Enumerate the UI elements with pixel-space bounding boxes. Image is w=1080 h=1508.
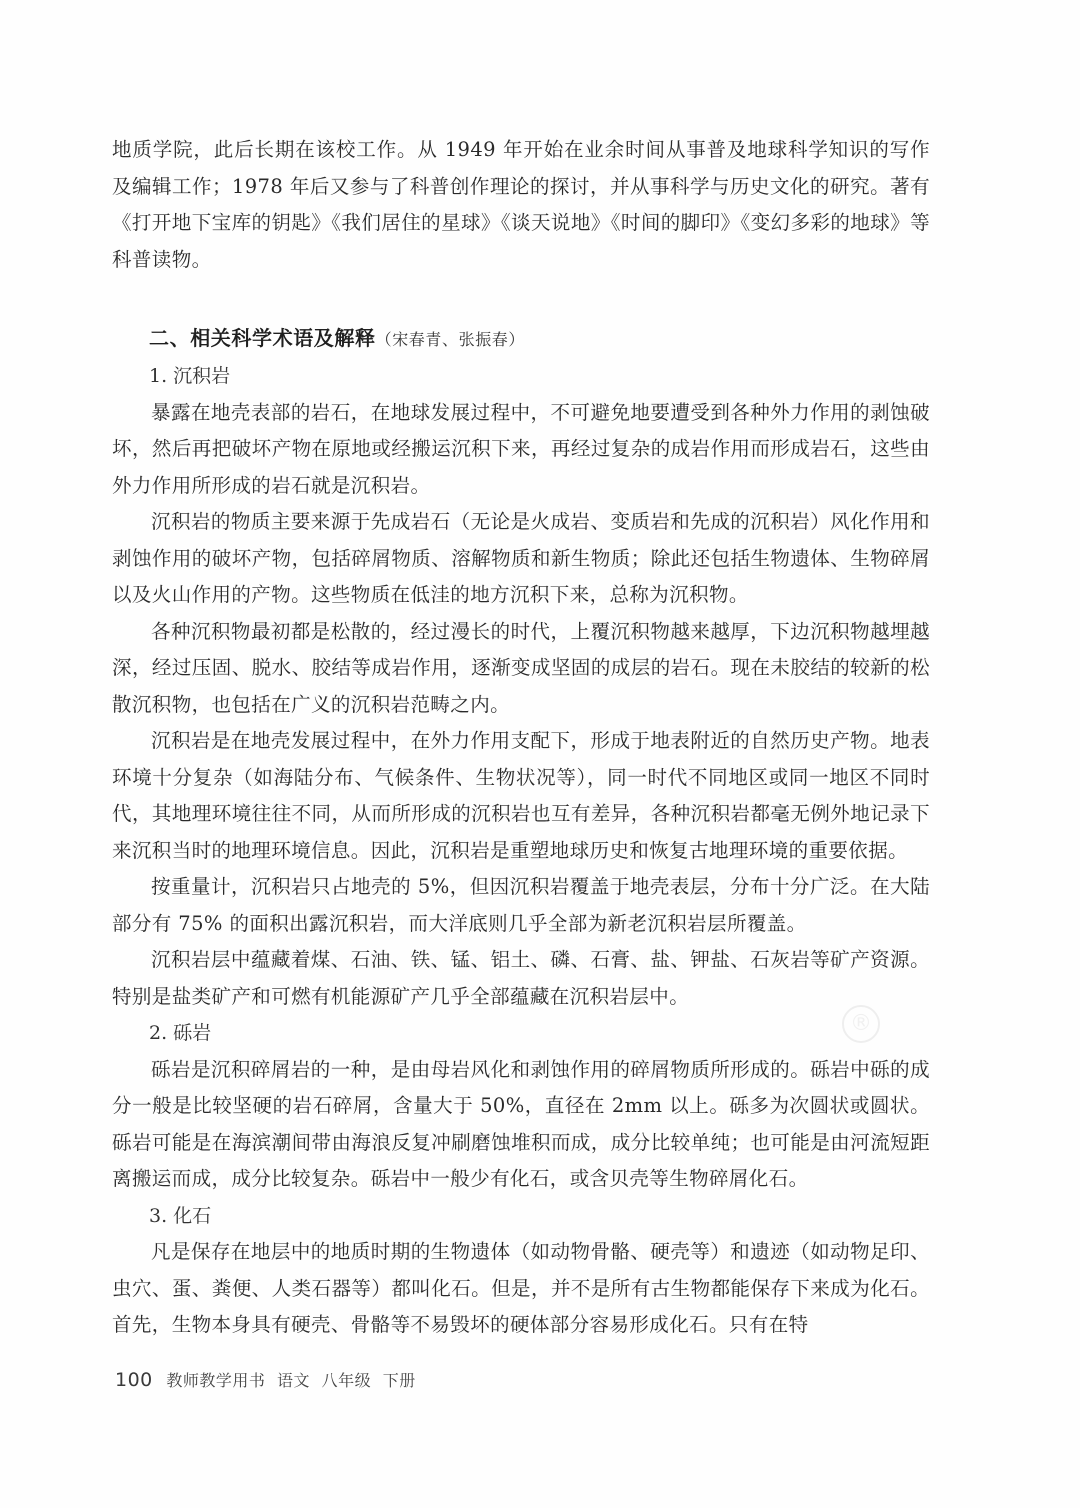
term-heading: 3. 化石: [112, 1198, 930, 1235]
document-page: 地质学院，此后长期在该校工作。从 1949 年开始在业余时间从事普及地球科学知识…: [112, 132, 930, 1344]
paragraph: 按重量计，沉积岩只占地壳的 5%，但因沉积岩覆盖于地壳表层，分布十分广泛。在大陆…: [112, 869, 930, 942]
section-heading: 二、相关科学术语及解释（宋春青、张振春）: [112, 320, 930, 358]
section-title: 二、相关科学术语及解释: [149, 326, 376, 350]
paragraph: 砾岩是沉积碎屑岩的一种，是由母岩风化和剥蚀作用的碎屑物质所形成的。砾岩中砾的成分…: [112, 1052, 930, 1198]
term-heading: 2. 砾岩: [112, 1015, 930, 1052]
book-volume: 下册: [383, 1371, 416, 1390]
book-subject: 语文: [277, 1371, 310, 1390]
term-sedimentary-rock: 1. 沉积岩 暴露在地壳表部的岩石，在地球发展过程中，不可避免地要遭受到各种外力…: [112, 358, 930, 1015]
paragraph: 沉积岩是在地壳发展过程中，在外力作用支配下，形成于地表附近的自然历史产物。地表环…: [112, 723, 930, 869]
book-title: 教师教学用书: [166, 1371, 265, 1390]
term-fossil: 3. 化石 凡是保存在地层中的地质时期的生物遗体（如动物骨骼、硬壳等）和遗迹（如…: [112, 1198, 930, 1344]
page-footer: 100 教师教学用书 语文 八年级 下册: [115, 1368, 422, 1391]
page-number: 100: [115, 1369, 153, 1391]
term-conglomerate: 2. 砾岩 砾岩是沉积碎屑岩的一种，是由母岩风化和剥蚀作用的碎屑物质所形成的。砾…: [112, 1015, 930, 1198]
section-authors: （宋春青、张振春）: [376, 330, 525, 349]
term-heading: 1. 沉积岩: [112, 358, 930, 395]
paragraph: 暴露在地壳表部的岩石，在地球发展过程中，不可避免地要遭受到各种外力作用的剥蚀破坏…: [112, 395, 930, 505]
paragraph: 沉积岩的物质主要来源于先成岩石（无论是火成岩、变质岩和先成的沉积岩）风化作用和剥…: [112, 504, 930, 614]
paragraph: 沉积岩层中蕴藏着煤、石油、铁、锰、铝土、磷、石膏、盐、钾盐、石灰岩等矿产资源。特…: [112, 942, 930, 1015]
paragraph: 各种沉积物最初都是松散的，经过漫长的时代，上覆沉积物越来越厚，下边沉积物越埋越深…: [112, 614, 930, 724]
book-grade: 八年级: [322, 1371, 372, 1390]
paragraph: 凡是保存在地层中的地质时期的生物遗体（如动物骨骼、硬壳等）和遗迹（如动物足印、虫…: [112, 1234, 930, 1344]
intro-paragraph: 地质学院，此后长期在该校工作。从 1949 年开始在业余时间从事普及地球科学知识…: [112, 132, 930, 278]
